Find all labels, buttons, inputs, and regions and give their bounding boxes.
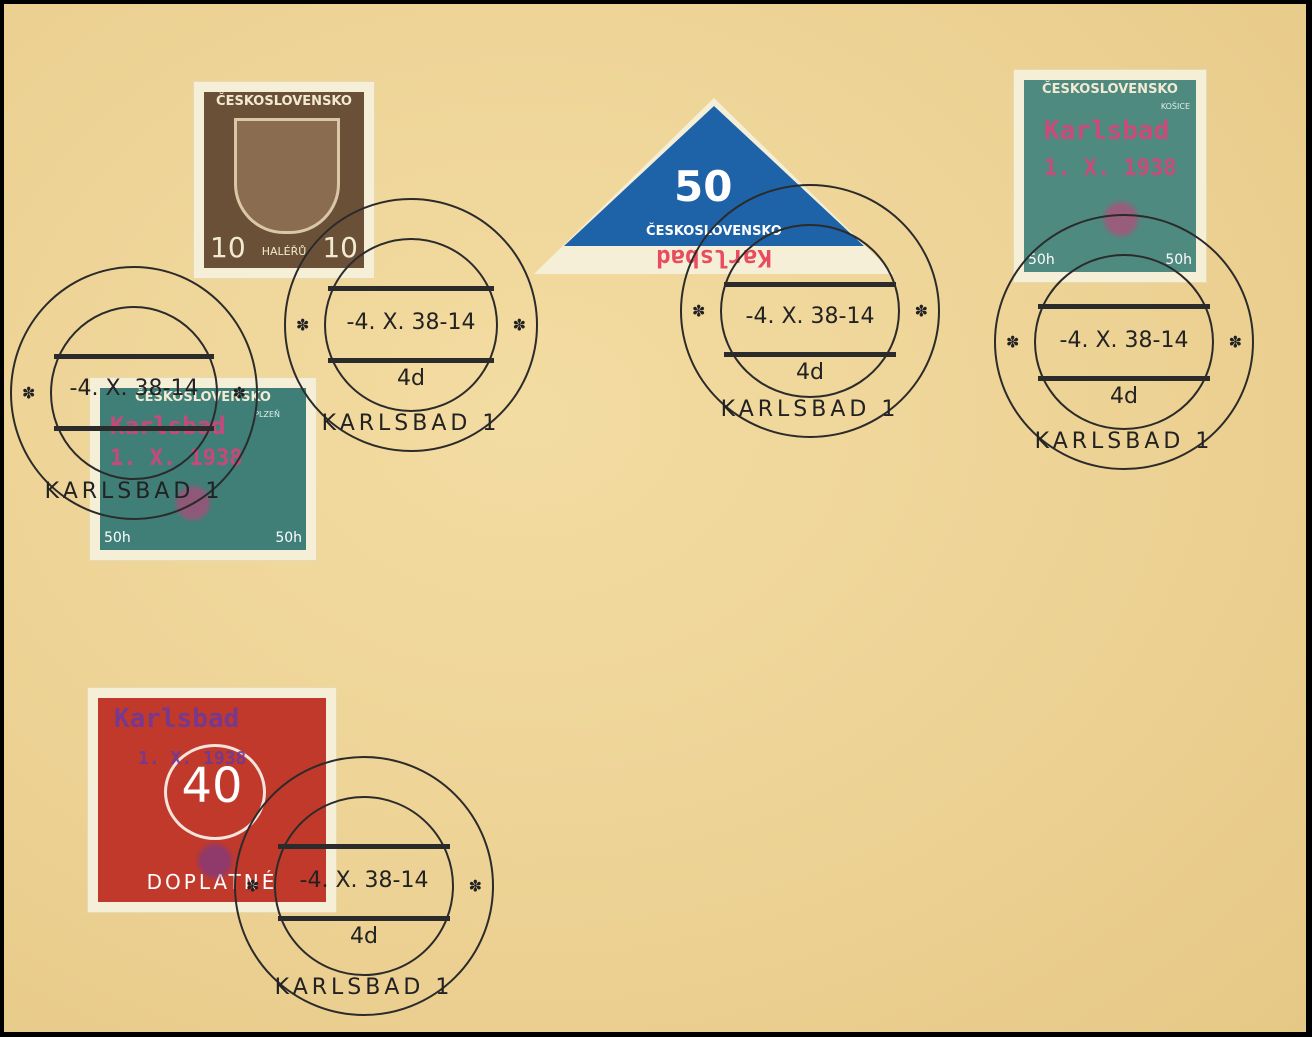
stamp-country: ČESKOSLOVENSKO [204, 94, 364, 109]
postmark: -4. X. 38-14 4d KARLSBAD 1 ✽✽ [994, 214, 1254, 470]
postmark: -4. X. 38-14 KARLSBAD 1 ✽✽ [10, 266, 258, 520]
postmark: -4. X. 38-14 4d KARLSBAD 1 ✽✽ [234, 756, 494, 1016]
postmark-date: -4. X. 38-14 [996, 328, 1252, 353]
postmark-town: KARLSBAD 1 [996, 429, 1252, 454]
overprint-date: 1. X. 1938 [138, 748, 246, 769]
postmark-town: KARLSBAD 1 [12, 479, 256, 504]
postmark-town: KARLSBAD 1 [286, 411, 536, 436]
overprint-text: Karlsbad [1044, 116, 1169, 146]
postmark-town: KARLSBAD 1 [682, 397, 938, 422]
postmark-date: -4. X. 38-14 [12, 376, 256, 401]
postmark-date: -4. X. 38-14 [236, 868, 492, 893]
stamp-value: 50 [674, 162, 732, 211]
stamp-country: ČESKOSLOVENSKO [1024, 82, 1196, 97]
stamp-value-left: 50h [104, 530, 131, 546]
stamp-value-right: 50h [275, 530, 302, 546]
postmark-number: 4d [996, 384, 1252, 409]
postmark-town: KARLSBAD 1 [236, 975, 492, 1000]
envelope: ČESKOSLOVENSKO 10 HALÉŘŮ 10 50 ČESKOSLOV… [4, 4, 1306, 1032]
shield-icon [234, 118, 340, 234]
stamp-place: KOŠICE [1161, 102, 1190, 111]
overprint-text: Karlsbad [114, 704, 239, 734]
postmark: -4. X. 38-14 4d KARLSBAD 1 ✽✽ [284, 198, 538, 452]
postmark-date: -4. X. 38-14 [286, 310, 536, 335]
postmark-number: 4d [682, 360, 938, 385]
overprint-date: 1. X. 1938 [1044, 156, 1176, 181]
postmark-date: -4. X. 38-14 [682, 304, 938, 329]
overprint-mark [198, 844, 232, 878]
postmark: -4. X. 38-14 4d KARLSBAD 1 ✽✽ [680, 184, 940, 438]
postmark-number: 4d [236, 924, 492, 949]
postmark-number: 4d [286, 366, 536, 391]
stamp-place: PLZEŇ [254, 410, 280, 419]
